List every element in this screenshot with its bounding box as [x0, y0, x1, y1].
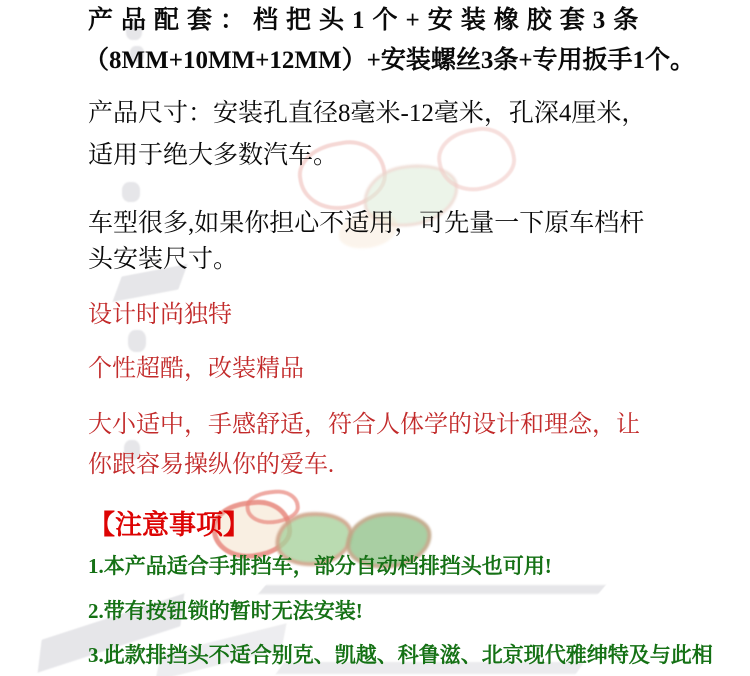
ergonomics-line-1: 大小适中，手感舒适，符合人体学的设计和理念，让: [88, 413, 640, 437]
product-description-page: 产品配套：档把头1个+安装橡胶套3条 （8MM+10MM+12MM）+安装螺丝3…: [0, 0, 750, 676]
selling-point-2: 个性超酷，改装精品: [88, 357, 304, 381]
watermark-gray-streak: [262, 585, 602, 597]
notice-item-3: 3.此款排挡头不适合别克、凯越、科鲁滋、北京现代雅绅特及与此相: [88, 645, 713, 666]
fit-note-line-1: 车型很多,如果你担心不适用，可先量一下原车档杆: [88, 211, 644, 236]
watermark-left-mark-1: [92, 182, 182, 302]
notice-header: 【注意事项】: [88, 512, 250, 539]
size-line-2: 适用于绝大多数汽车。: [88, 143, 338, 168]
fit-note-line-2: 头安装尺寸。: [88, 247, 238, 272]
notice-item-2: 2.带有按钮锁的暂时无法安装!: [88, 601, 363, 622]
notice-item-1: 1.本产品适合手排挡车，部分自动档排挡头也可用!: [88, 556, 552, 577]
package-line-1: 产品配套：档把头1个+安装橡胶套3条: [88, 8, 646, 33]
selling-point-1: 设计时尚独特: [88, 303, 232, 327]
package-line-2: （8MM+10MM+12MM）+安装螺丝3条+专用扳手1个。: [84, 48, 695, 73]
size-line-1: 产品尺寸：安装孔直径8毫米-12毫米，孔深4厘米，: [88, 101, 646, 126]
ergonomics-line-2: 你跟容易操纵你的爱车.: [88, 453, 334, 477]
